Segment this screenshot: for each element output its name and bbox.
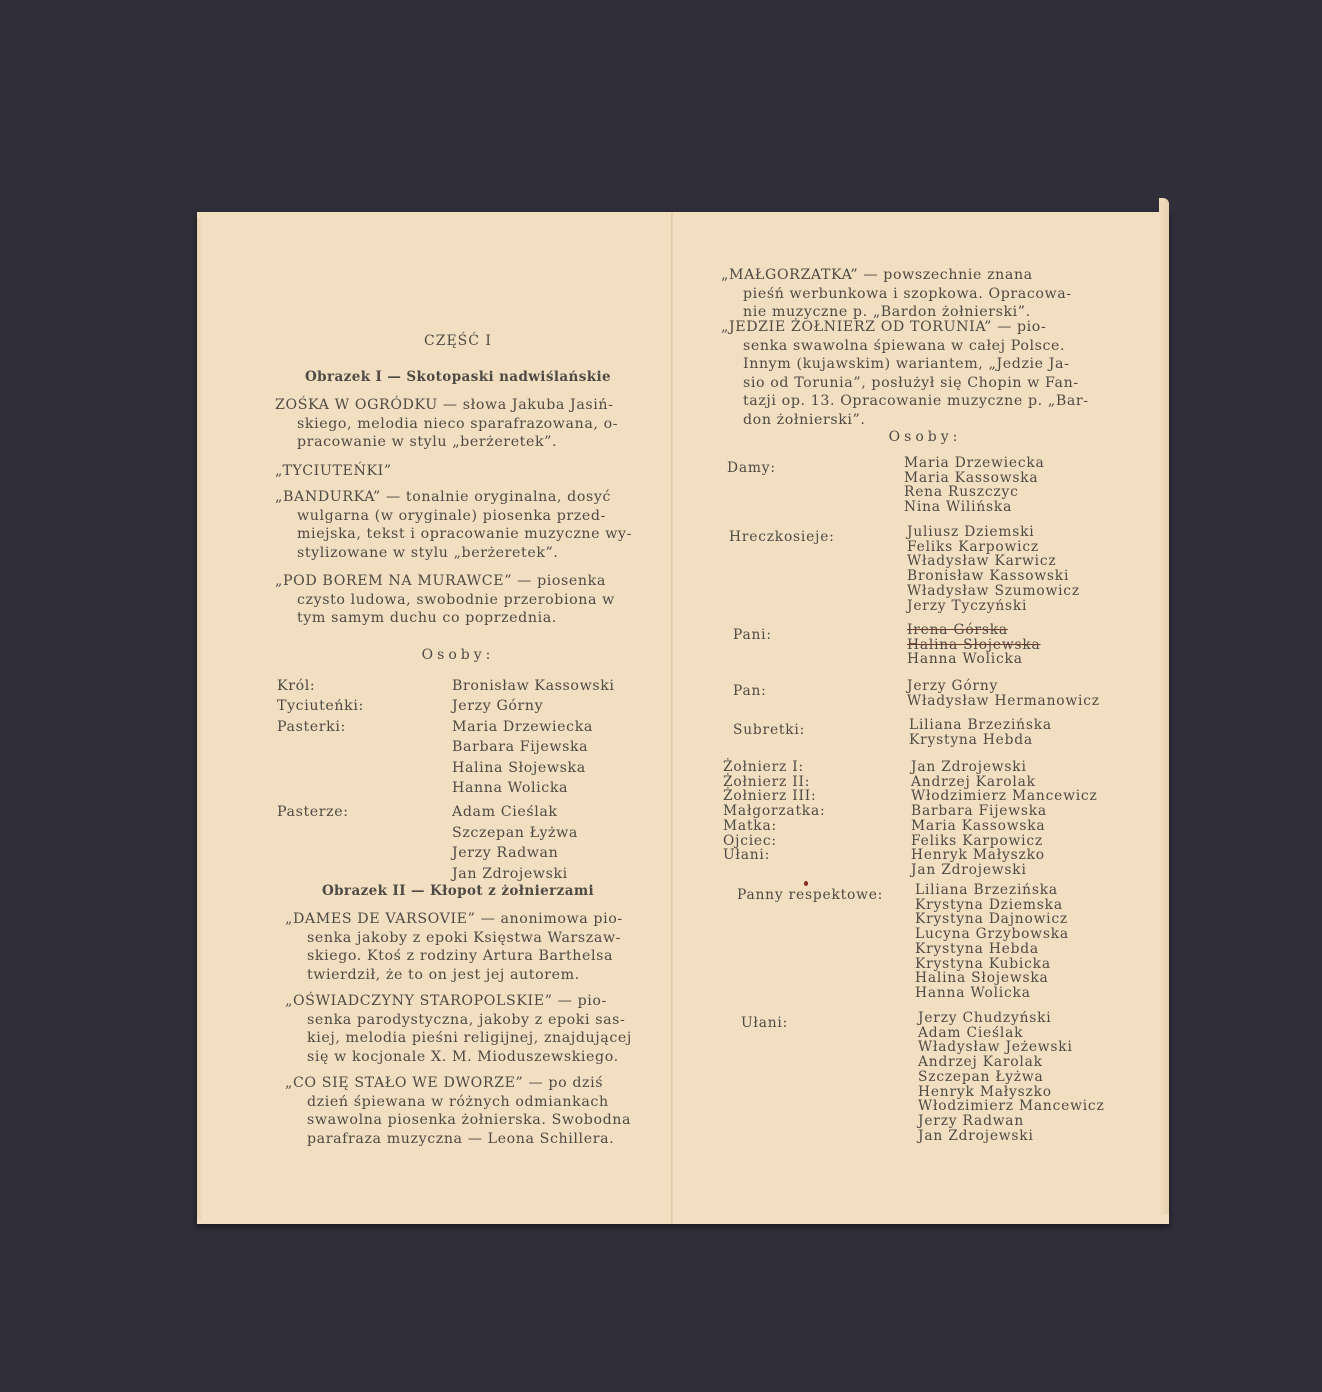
actor-name: Jerzy Chudzyński <box>918 1011 1105 1026</box>
actor-name: Lucyna Grzybowska <box>915 927 1069 942</box>
cast-role: Matka: <box>723 819 825 834</box>
song-line: parafraza muzyczna — Leona Schillera. <box>285 1130 645 1149</box>
song-line: „MAŁGORZATKA” — powszechnie znana <box>721 266 1093 285</box>
actor-name: Halina Słojewska <box>452 758 639 778</box>
actor-name: Szczepan Łyżwa <box>918 1070 1105 1085</box>
actor-name: Krystyna Hebda <box>915 942 1069 957</box>
song-line: twierdził, że to on jest jej autorem. <box>285 966 645 985</box>
song-line: Innym (kujawskim) wariantem, „Jedzie Ja- <box>721 355 1093 374</box>
cast-role: Pani: <box>733 628 772 643</box>
song-line: senka jakoby z epoki Księstwa Warszaw- <box>285 929 645 948</box>
right-osoby-heading: Osoby: <box>739 428 1111 447</box>
cast-names: Jerzy Górny <box>452 696 639 716</box>
actor-name: Henryk Małyszko <box>911 848 1098 863</box>
actor-name: Krystyna Kubicka <box>915 957 1069 972</box>
ink-spot <box>804 881 808 886</box>
actor-name: Jerzy Górny <box>907 679 1100 694</box>
cast-role: Subretki: <box>733 723 805 738</box>
actor-name: Bronisław Kassowski <box>907 569 1080 584</box>
actor-name: Adam Cieślak <box>918 1026 1105 1041</box>
actor-name: Jerzy Radwan <box>918 1114 1105 1129</box>
song-line: tym samym duchu co poprzednia. <box>275 609 635 628</box>
song-entry: „DAMES DE VARSOVIE” — anonimowa pio-senk… <box>285 910 645 984</box>
actor-name: Bronisław Kassowski <box>452 676 639 696</box>
song-entry: „CO SIĘ STAŁO WE DWORZE” — po dziśdzień … <box>285 1074 645 1148</box>
scene-1-title: Obrazek I — Skotopaski nadwiślańskie <box>277 368 639 387</box>
actor-name: Władysław Karwicz <box>907 554 1080 569</box>
struck-actor-name: Halina Słojewska <box>907 638 1041 653</box>
actor-name: Liliana Brzezińska <box>909 718 1052 733</box>
actor-name: Adam Cieślak <box>452 802 639 822</box>
cast-row: Pasterki:Maria DrzewieckaBarbara Fijewsk… <box>277 717 639 799</box>
actor-name: Maria Kassowska <box>904 471 1045 486</box>
actor-name: Nina Wilińska <box>904 500 1045 515</box>
cast-row: Tyciuteńki:Jerzy Górny <box>277 696 639 716</box>
song-entry: „MAŁGORZATKA” — powszechnie znanapieśń w… <box>721 266 1093 322</box>
song-line: „TYCIUTEŃKI” <box>275 462 635 481</box>
song-line: skiego, melodia nieco sparafrazowana, o- <box>275 415 635 434</box>
scene-1-osoby-heading: Osoby: <box>277 646 639 665</box>
cast-role: Żołnierz III: <box>723 789 825 804</box>
actor-name: Jerzy Radwan <box>452 843 639 863</box>
actor-name: Szczepan Łyżwa <box>452 823 639 843</box>
actor-name: Krystyna Dajnowicz <box>915 912 1069 927</box>
song-line: pieśń werbunkowa i szopkowa. Opracowa- <box>721 285 1093 304</box>
struck-actor-name: Irena Górska <box>907 623 1041 638</box>
song-line: tazji op. 13. Opracowanie muzyczne p. „B… <box>721 392 1093 411</box>
actor-name: Andrzej Karolak <box>918 1055 1105 1070</box>
song-entry: ZOŚKA W OGRÓDKU — słowa Jakuba Jasiń-ski… <box>275 396 635 452</box>
actor-name: Andrzej Karolak <box>911 775 1098 790</box>
song-line: „BANDURKA” — tonalnie oryginalna, dosyć <box>275 488 635 507</box>
actor-name: Maria Drzewiecka <box>452 717 639 737</box>
cast-role: Panny respektowe: <box>737 888 883 903</box>
cast-role: Żołnierz I: <box>723 760 825 775</box>
scene-2-title: Obrazek II — Kłopot z żołnierzami <box>277 882 639 901</box>
song-line: sio od Torunia”, posłużył się Chopin w F… <box>721 374 1093 393</box>
actor-name: Maria Kassowska <box>911 819 1098 834</box>
song-line: senka swawolna śpiewana w całej Polsce. <box>721 337 1093 356</box>
cast-role: Pan: <box>733 684 767 699</box>
cast-role: Pasterki: <box>277 717 452 799</box>
cast-role: Ojciec: <box>723 834 825 849</box>
song-entry: „TYCIUTEŃKI” <box>275 462 635 481</box>
actor-name: Juliusz Dziemski <box>907 525 1080 540</box>
actor-name: Maria Drzewiecka <box>904 456 1045 471</box>
song-line: ZOŚKA W OGRÓDKU — słowa Jakuba Jasiń- <box>275 396 635 415</box>
actor-name: Jerzy Górny <box>452 696 639 716</box>
song-line: skiego. Ktoś z rodziny Artura Barthelsa <box>285 947 645 966</box>
actor-name: Barbara Fijewska <box>911 804 1098 819</box>
song-entry: „JEDZIE ŻOŁNIERZ OD TORUNIA” — pio-senka… <box>721 318 1093 430</box>
actor-name: Jan Zdrojewski <box>911 863 1098 878</box>
cast-role: Damy: <box>727 461 776 476</box>
song-line: wulgarna (w oryginale) piosenka przed- <box>275 507 635 526</box>
program-booklet: CZĘŚĆ I Obrazek I — Skotopaski nadwiślań… <box>197 212 1169 1224</box>
actor-name: Krystyna Dziemska <box>915 898 1069 913</box>
cast-role: Ułani: <box>723 848 825 863</box>
cast-role: Ułani: <box>741 1016 788 1031</box>
booklet-spine <box>671 212 673 1224</box>
actor-name: Rena Ruszczyc <box>904 485 1045 500</box>
cast-role: Król: <box>277 676 452 696</box>
actor-name: Jerzy Tyczyński <box>907 599 1080 614</box>
actor-name: Władysław Szumowicz <box>907 584 1080 599</box>
actor-name: Włodzimierz Mancewicz <box>918 1099 1105 1114</box>
song-line: senka parodystyczna, jakoby z epoki sas- <box>285 1011 645 1030</box>
song-line: swawolna piosenka żołnierska. Swobodna <box>285 1111 645 1130</box>
actor-name: Henryk Małyszko <box>918 1085 1105 1100</box>
song-entry: „POD BOREM NA MURAWCE” — piosenkaczysto … <box>275 572 635 628</box>
scene-1-cast-list: Król:Bronisław KassowskiTyciuteńki:Jerzy… <box>277 676 639 884</box>
actor-name: Liliana Brzezińska <box>915 883 1069 898</box>
song-line: „OŚWIADCZYNY STAROPOLSKIE” — pio- <box>285 992 645 1011</box>
actor-name: Krystyna Hebda <box>909 733 1052 748</box>
actor-name: Feliks Karpowicz <box>907 540 1080 555</box>
actor-name: Władysław Jeżewski <box>918 1040 1105 1055</box>
song-line: czysto ludowa, swobodnie przerobiona w <box>275 591 635 610</box>
cast-role: Małgorzatka: <box>723 804 825 819</box>
cast-role: Tyciuteńki: <box>277 696 452 716</box>
song-line: się w kocjonale X. M. Mioduszewskiego. <box>285 1048 645 1067</box>
cast-role: Hreczkosieje: <box>729 530 835 545</box>
cast-row: Król:Bronisław Kassowski <box>277 676 639 696</box>
song-line: kiej, melodia pieśni religijnej, znajduj… <box>285 1029 645 1048</box>
actor-name: Jan Zdrojewski <box>918 1129 1105 1144</box>
song-line: dzień śpiewana w różnych odmiankach <box>285 1093 645 1112</box>
cast-names: Bronisław Kassowski <box>452 676 639 696</box>
actor-name: Hanna Wolicka <box>907 652 1041 667</box>
cast-names: Adam CieślakSzczepan ŁyżwaJerzy RadwanJa… <box>452 802 639 884</box>
actor-name: Jan Zdrojewski <box>911 760 1098 775</box>
song-entry: „BANDURKA” — tonalnie oryginalna, dosyćw… <box>275 488 635 562</box>
actor-name: Hanna Wolicka <box>915 986 1069 1001</box>
cast-row: Pasterze:Adam CieślakSzczepan ŁyżwaJerzy… <box>277 802 639 884</box>
actor-name: Jan Zdrojewski <box>452 864 639 884</box>
actor-name: Hanna Wolicka <box>452 778 639 798</box>
actor-name: Włodzimierz Mancewicz <box>911 789 1098 804</box>
song-line: „CO SIĘ STAŁO WE DWORZE” — po dziś <box>285 1074 645 1093</box>
song-line: don żołnierski”. <box>721 411 1093 430</box>
song-line: „DAMES DE VARSOVIE” — anonimowa pio- <box>285 910 645 929</box>
cast-role: Pasterze: <box>277 802 452 884</box>
actor-name: Barbara Fijewska <box>452 737 639 757</box>
song-line: stylizowane w stylu „berżeretek”. <box>275 544 635 563</box>
actor-name: Feliks Karpowicz <box>911 834 1098 849</box>
actor-name: Władysław Hermanowicz <box>907 694 1100 709</box>
actor-name: Halina Słojewska <box>915 971 1069 986</box>
song-line: pracowanie w stylu „berżeretek”. <box>275 433 635 452</box>
song-entry: „OŚWIADCZYNY STAROPOLSKIE” — pio-senka p… <box>285 992 645 1066</box>
cast-names: Maria DrzewieckaBarbara FijewskaHalina S… <box>452 717 639 799</box>
part-title: CZĘŚĆ I <box>277 332 639 351</box>
song-line: „JEDZIE ŻOŁNIERZ OD TORUNIA” — pio- <box>721 318 1093 337</box>
song-line: miejska, tekst i opracowanie muzyczne wy… <box>275 525 635 544</box>
song-line: „POD BOREM NA MURAWCE” — piosenka <box>275 572 635 591</box>
